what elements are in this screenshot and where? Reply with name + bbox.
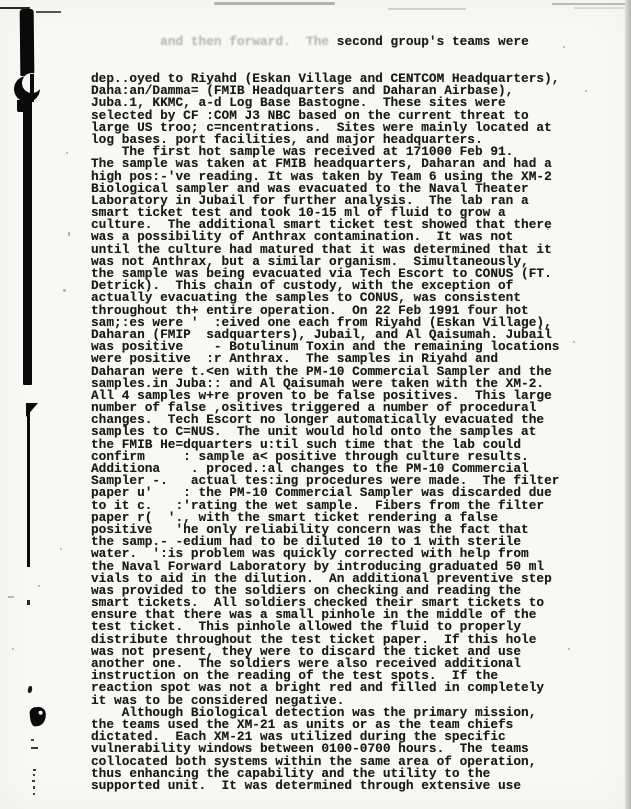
scanned-document-page: and then forward. The second group's tea… — [0, 0, 631, 809]
scan-speck — [66, 152, 68, 154]
scan-speck — [38, 585, 40, 587]
scan-speck — [585, 90, 587, 92]
text-line-60: supported unit. It was determined throug… — [91, 780, 559, 792]
text-line-1: and then forward. The second group's tea… — [91, 36, 559, 48]
left-margin-tick — [27, 600, 30, 605]
scan-speck — [60, 548, 62, 550]
left-margin-dash-1 — [31, 739, 34, 741]
left-margin-speck-mark — [27, 686, 32, 694]
scan-speck — [573, 341, 575, 343]
left-margin-dot — [32, 780, 35, 782]
line1-indent — [91, 34, 160, 49]
line1-clear-text: second group's teams were — [337, 34, 529, 49]
scan-smudge-top-center — [214, 2, 335, 5]
scan-smudge-top-center-2 — [388, 8, 466, 10]
scan-edge-band — [625, 0, 631, 809]
document-text: and then forward. The second group's tea… — [91, 12, 559, 809]
left-margin-faint-dash — [8, 596, 14, 598]
left-margin-dash-2 — [31, 747, 38, 749]
scan-speck — [568, 648, 570, 650]
left-margin-ink-bar-mid — [23, 100, 32, 385]
line1-faded-text: and then forward. The — [160, 34, 337, 49]
scan-speck — [68, 232, 70, 236]
scan-smudge-top-right — [552, 3, 631, 5]
left-margin-dot — [33, 793, 35, 795]
scan-speck — [63, 289, 66, 292]
text-lines: dep..oyed to Riyahd (Eskan Village and C… — [91, 73, 559, 792]
scan-smudge-top-right-2 — [574, 7, 631, 9]
left-margin-ink-bar-top — [20, 9, 35, 76]
left-margin-dot — [33, 769, 36, 771]
left-margin-hook-stem — [30, 74, 34, 102]
scan-speck — [563, 46, 565, 48]
scan-speck — [12, 648, 14, 650]
scan-smudge-top-left-2 — [36, 11, 61, 13]
left-margin-ink-blob — [29, 706, 47, 727]
left-margin-hook-mark — [14, 76, 40, 102]
left-margin-dot — [33, 786, 35, 789]
left-margin-dot — [33, 774, 35, 776]
left-margin-thin-line — [27, 403, 30, 567]
